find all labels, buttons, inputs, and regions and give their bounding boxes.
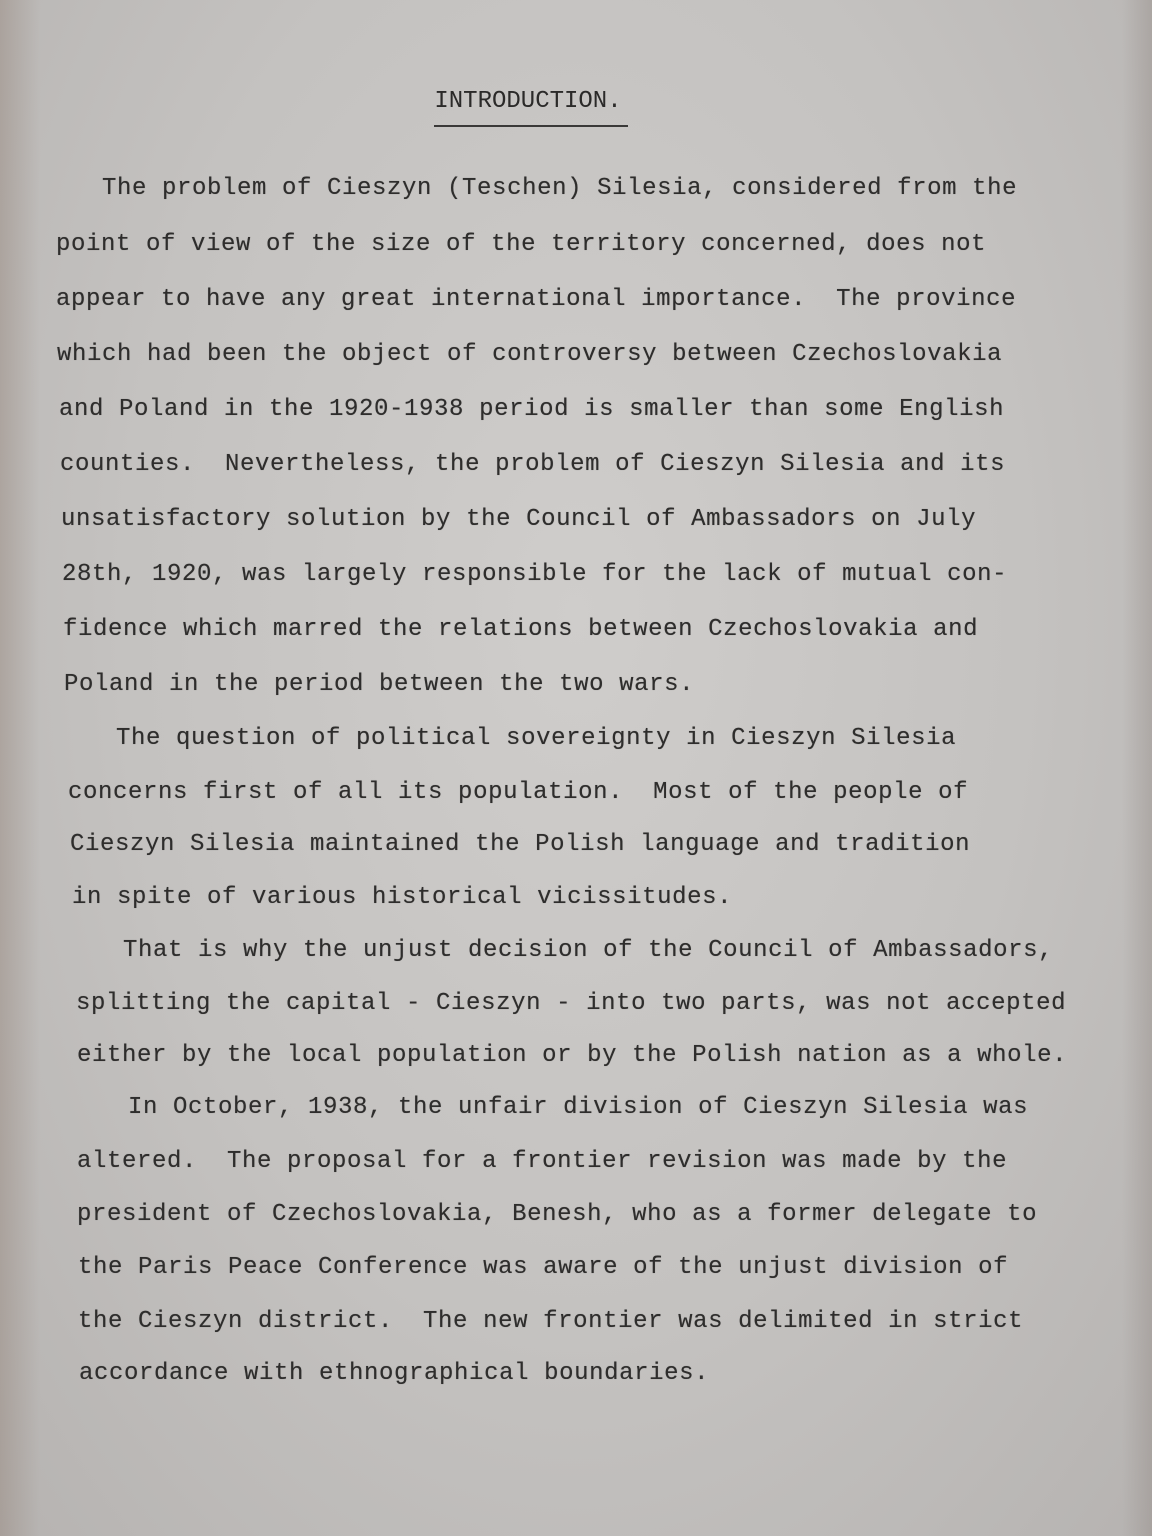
text-line: in spite of various historical vicissitu… bbox=[72, 884, 732, 911]
text-line: unsatisfactory solution by the Council o… bbox=[61, 506, 976, 533]
text-line: concerns first of all its population. Mo… bbox=[68, 779, 968, 806]
text-line: fidence which marred the relations betwe… bbox=[63, 616, 978, 643]
text-line: either by the local population or by the… bbox=[77, 1042, 1067, 1069]
text-line: Cieszyn Silesia maintained the Polish la… bbox=[70, 831, 970, 858]
text-line: the Cieszyn district. The new frontier w… bbox=[78, 1308, 1023, 1335]
text-line: counties. Nevertheless, the problem of C… bbox=[60, 451, 1005, 478]
text-line: which had been the object of controversy… bbox=[57, 341, 1002, 368]
text-line: accordance with ethnographical boundarie… bbox=[79, 1360, 709, 1387]
typewritten-page: INTRODUCTION. The problem of Cieszyn (Te… bbox=[0, 0, 1152, 1536]
text-line: splitting the capital - Cieszyn - into t… bbox=[76, 990, 1066, 1017]
text-line: The problem of Cieszyn (Teschen) Silesia… bbox=[102, 175, 1017, 202]
text-line: the Paris Peace Conference was aware of … bbox=[78, 1254, 1008, 1281]
text-line: The question of political sovereignty in… bbox=[116, 725, 956, 752]
text-line: In October, 1938, the unfair division of… bbox=[128, 1094, 1028, 1121]
text-line: 28th, 1920, was largely responsible for … bbox=[62, 561, 1007, 588]
text-line: Poland in the period between the two war… bbox=[64, 671, 694, 698]
text-line: point of view of the size of the territo… bbox=[56, 231, 986, 258]
title-container: INTRODUCTION. bbox=[0, 88, 1062, 127]
text-line: altered. The proposal for a frontier rev… bbox=[77, 1148, 1007, 1175]
text-line: appear to have any great international i… bbox=[56, 286, 1016, 313]
text-line: president of Czechoslovakia, Benesh, who… bbox=[77, 1201, 1037, 1228]
text-line: That is why the unjust decision of the C… bbox=[123, 937, 1053, 964]
text-line: and Poland in the 1920-1938 period is sm… bbox=[59, 396, 1004, 423]
page-title: INTRODUCTION. bbox=[434, 88, 627, 127]
